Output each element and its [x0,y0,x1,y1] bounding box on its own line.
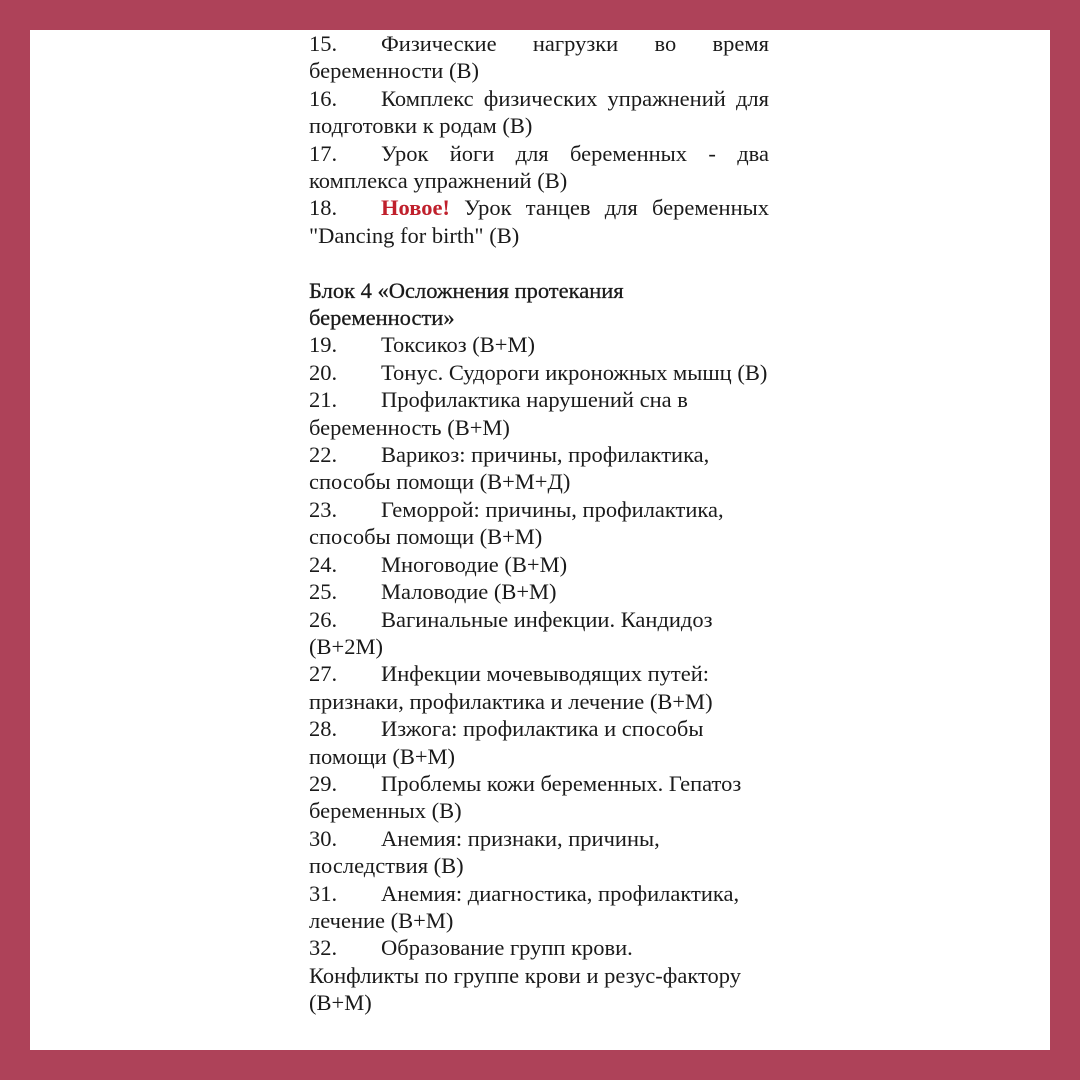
item-number: 15. [309,30,381,57]
list-item-16: 16.Комплекс физических упражнений для по… [309,85,769,140]
block-4-title: Блок 4 «Осложнения протекания беременнос… [309,278,624,330]
document-content: 15.Физические нагрузки во время беременн… [309,30,769,1017]
item-number: 32. [309,934,381,961]
item-number: 29. [309,770,381,797]
list-item-30: 30.Анемия: признаки, причины, последстви… [309,825,769,880]
item-text: Тонус. Судороги икроножных мышц (В) [381,360,767,385]
item-text: Многоводие (В+М) [381,552,567,577]
list-item-20: 20.Тонус. Судороги икроножных мышц (В) [309,359,769,386]
item-number: 21. [309,386,381,413]
item-number: 18. [309,194,381,221]
list-item-22: 22.Варикоз: причины, профилактика, спосо… [309,441,769,496]
list-item-19: 19.Токсикоз (В+М) [309,331,769,358]
item-text: Маловодие (В+М) [381,579,557,604]
item-number: 30. [309,825,381,852]
item-number: 23. [309,496,381,523]
item-number: 26. [309,606,381,633]
list-item-18: 18.Новое! Урок танцев для беременных "Da… [309,194,769,249]
list-item-28: 28.Изжога: профилактика и способы помощи… [309,715,769,770]
item-text: Образование групп крови. [381,935,633,960]
list-item-29: 29.Проблемы кожи беременных. Гепатоз бер… [309,770,769,825]
item-continuation: Конфликты по группе крови и резус-фактор… [309,962,769,1017]
list-item-21: 21.Профилактика нарушений сна в беременн… [309,386,769,441]
item-number: 19. [309,331,381,358]
list-item-26: 26.Вагинальные инфекции. Кандидоз (В+2М) [309,606,769,661]
block-4-heading: Блок 4 «Осложнения протекания беременнос… [309,277,769,332]
item-number: 31. [309,880,381,907]
list-item-32: 32.Образование групп крови. [309,934,769,961]
list-item-24: 24.Многоводие (В+М) [309,551,769,578]
item-number: 16. [309,85,381,112]
item-text: Токсикоз (В+М) [381,332,535,357]
new-badge: Новое! [381,195,450,220]
item-number: 24. [309,551,381,578]
item-number: 28. [309,715,381,742]
list-item-25: 25.Маловодие (В+М) [309,578,769,605]
list-item-27: 27.Инфекции мочевыводящих путей: признак… [309,660,769,715]
document-page: 15.Физические нагрузки во время беременн… [30,30,1050,1050]
block-4-list: 19.Токсикоз (В+М)20.Тонус. Судороги икро… [309,331,769,1016]
list-item-17: 17.Урок йоги для беременных - два компле… [309,140,769,195]
item-number: 20. [309,359,381,386]
item-number: 27. [309,660,381,687]
item-number: 17. [309,140,381,167]
item-number: 22. [309,441,381,468]
list-item-31: 31.Анемия: диагностика, профилактика, ле… [309,880,769,935]
list-item-15: 15.Физические нагрузки во время беременн… [309,30,769,85]
item-number: 25. [309,578,381,605]
list-item-23: 23.Геморрой: причины, профилактика, спос… [309,496,769,551]
